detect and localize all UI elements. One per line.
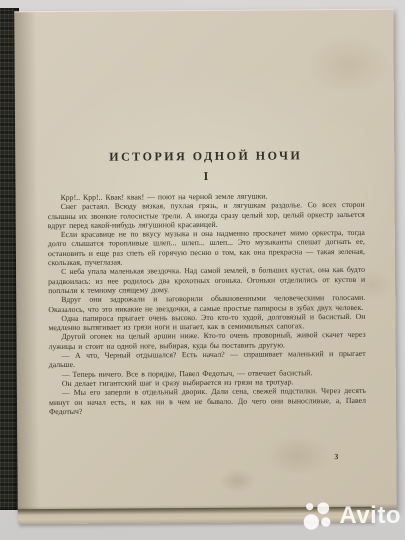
paragraph: С неба упала маленькая звездочка. Над са…	[48, 265, 365, 295]
page-number: 3	[334, 452, 338, 461]
paragraph: — А что, Черный отдышался? Есть начал? —…	[49, 349, 366, 370]
page-text-block: ИСТОРИЯ ОДНОЙ НОЧИ I Крр!.. Крр!.. Квак!…	[47, 148, 366, 416]
avito-wordmark: Avito	[339, 504, 401, 528]
chapter-numeral: I	[47, 168, 364, 185]
avito-watermark: Avito	[302, 499, 401, 533]
paragraph: Одна папироса прыгает очень высоко. Это …	[48, 312, 365, 333]
story-title: ИСТОРИЯ ОДНОЙ НОЧИ	[47, 148, 364, 164]
paragraph: Если красавице не по вкусу музыка и она …	[48, 228, 365, 267]
book-photo: ИСТОРИЯ ОДНОЙ НОЧИ I Крр!.. Крр!.. Квак!…	[0, 0, 405, 540]
paragraph: Снег растаял. Всюду вязкая, пухлая грязь…	[48, 200, 365, 230]
book-page: ИСТОРИЯ ОДНОЙ НОЧИ I Крр!.. Крр!.. Квак!…	[14, 9, 396, 513]
avito-logo-icon	[302, 499, 336, 533]
paragraph: — Мы его заперли в отдельный дворик. Дал…	[49, 386, 366, 416]
paragraph: Другой огонек на целый аршин ниже. Кто-т…	[48, 330, 365, 351]
paragraph: Вдруг они задрожали и заговорили обыкнов…	[48, 293, 365, 314]
